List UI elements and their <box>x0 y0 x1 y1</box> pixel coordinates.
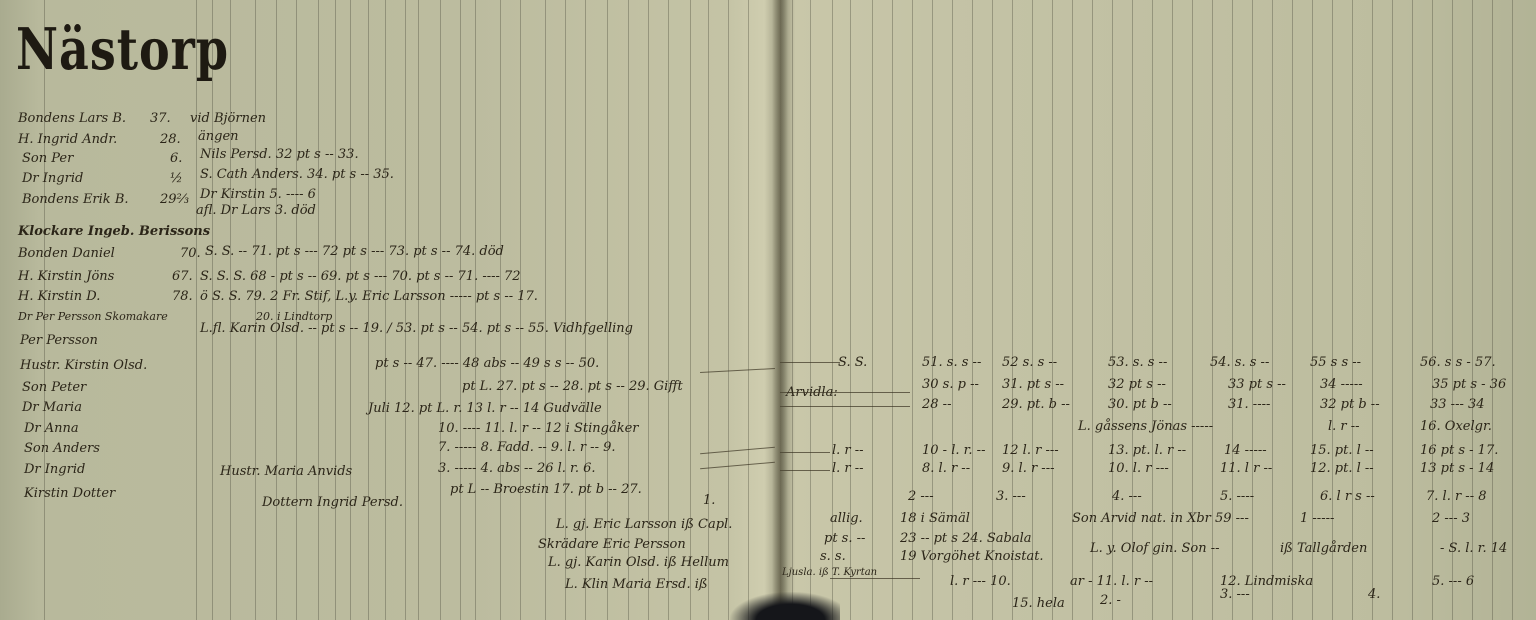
cell: 2. - <box>1100 594 1121 608</box>
cell: 31. pt s -- <box>1002 378 1064 392</box>
cell: 35 pt s - 36 <box>1432 378 1506 392</box>
cell: l. r -- <box>832 444 864 458</box>
entry-record: pt s -- 47. ---- 48 abs -- 49 s s -- 50. <box>375 357 599 371</box>
cell: 51. s. s -- <box>922 356 981 370</box>
marginal-note: L. gj. Eric Larsson iß Capl. <box>556 518 732 532</box>
cell: ar - 11. l. r -- <box>1070 575 1153 589</box>
entry-record: Juli 12. pt L. r. 13 l. r -- 14 Gudvälle <box>368 402 602 416</box>
entry-birth: 6. <box>170 152 182 166</box>
cell: l. r --- 10. <box>950 575 1011 589</box>
cell: 31. ---- <box>1228 398 1270 412</box>
entry-name: Bondens Lars B. <box>18 112 126 126</box>
cell: 12. pt. l -- <box>1310 462 1374 476</box>
cell: 3. --- <box>996 490 1026 504</box>
cell: l. r -- <box>832 462 864 476</box>
entry-note: Nils Persd. 32 pt s -- 33. <box>200 148 359 162</box>
marginal-note: Skrädare Eric Persson <box>538 538 686 552</box>
cell: Son Arvid nat. in Xbr 59 --- <box>1072 512 1249 526</box>
cell: iß Tallgården <box>1280 542 1367 556</box>
cell: 16. Oxelgr. <box>1420 420 1492 434</box>
cell: 3. --- <box>1220 588 1250 602</box>
cell: 16 pt s - 17. <box>1420 444 1498 458</box>
cell: 1 ----- <box>1300 512 1334 526</box>
cell: 33 pt s -- <box>1228 378 1286 392</box>
entry-birth: 37. <box>150 112 171 126</box>
column-rules <box>780 0 1536 620</box>
right-page: S. S. 51. s. s -- 52 s. s -- 53. s. s --… <box>780 0 1536 620</box>
cell: 29. pt. b -- <box>1002 398 1070 412</box>
entry-birth: 29⅔ <box>160 193 189 207</box>
entry-name: H. Kirstin Jöns <box>18 270 114 284</box>
cell: 12 l. r --- <box>1002 444 1059 458</box>
marginal-note: L. gj. Karin Olsd. iß Hellum <box>548 556 729 570</box>
entry-record: 3. ----- 4. abs -- 26 l. r. 6. <box>438 462 596 476</box>
cell: 53. s. s -- <box>1108 356 1167 370</box>
entry-birth: ½ <box>170 172 183 186</box>
cell: L. y. Olof gin. Son -- <box>1090 542 1220 556</box>
cell: 15. pt. l -- <box>1310 444 1374 458</box>
cell: pt s. -- <box>824 532 865 546</box>
entry-name: Hustr. Kirstin Olsd. <box>20 359 147 373</box>
entry-note: vid Björnen <box>190 112 266 126</box>
cell: 54. s. s -- <box>1210 356 1269 370</box>
cell: 5. --- 6 <box>1432 575 1474 589</box>
cell: 11. l r -- <box>1220 462 1272 476</box>
cell: 8. l. r -- <box>922 462 970 476</box>
cell: 23 -- pt s 24. Sabala <box>900 532 1032 546</box>
entry-record: 10. ---- 11. l. r -- 12 i Stingåker <box>438 422 638 436</box>
cell: 55 s s -- <box>1310 356 1361 370</box>
entry-note: S. Cath Anders. 34. pt s -- 35. <box>200 168 394 182</box>
cell: - S. l. r. 14 <box>1440 542 1507 556</box>
cell: L. gåssens Jönas ----- <box>1078 420 1213 434</box>
page-title: Nästorp <box>16 15 229 83</box>
entry-birth: 78. <box>172 290 193 304</box>
marginal-note: 1. <box>703 494 715 508</box>
cell: 7. l. r -- 8 <box>1426 490 1487 504</box>
cell: 30 s. p -- <box>922 378 979 392</box>
spine-shadow <box>730 592 840 620</box>
cell: S. S. <box>838 356 867 370</box>
entry-record: pt L. 27. pt s -- 28. pt s -- 29. Gifft <box>462 380 683 394</box>
left-page: Nästorp Bondens Lars B. 37. vid Björnen … <box>0 0 780 620</box>
entry-name: Per Persson <box>20 334 98 348</box>
entry-record: L.fl. Karin Olsd. -- pt s -- 19. / 53. p… <box>200 322 633 336</box>
cell: 4. <box>1368 588 1380 602</box>
entry-record: ö S. S. 79. 2 Fr. Stif, L.y. Eric Larsso… <box>200 290 538 304</box>
cell: 19 Vorgöhet Knoistat. <box>900 550 1044 564</box>
entry-name: Bondens Erik B. <box>22 193 129 207</box>
marginal-note: Dottern Ingrid Persd. <box>262 496 403 510</box>
cell: 13 pt s - 14 <box>1420 462 1494 476</box>
entry-name: Dr Ingrid <box>22 172 83 186</box>
cell: 56. s s - 57. <box>1420 356 1496 370</box>
cell: 14 ----- <box>1224 444 1267 458</box>
marginal-note: Hustr. Maria Anvids <box>220 465 352 479</box>
cell: 18 i Sämäl <box>900 512 970 526</box>
entry-record: pt L -- Broestin 17. pt b -- 27. <box>450 483 642 497</box>
cell: 10. l. r --- <box>1108 462 1169 476</box>
cell: 28 -- <box>922 398 951 412</box>
cell: 15. hela <box>1012 597 1065 611</box>
cell: 4. --- <box>1112 490 1142 504</box>
entry-record: S. S. S. 68 - pt s -- 69. pt s --- 70. p… <box>200 270 521 284</box>
entry-name: Dr Ingrid <box>24 463 85 477</box>
ledger-book: Nästorp Bondens Lars B. 37. vid Björnen … <box>0 0 1536 620</box>
cell: 30. pt b -- <box>1108 398 1172 412</box>
entry-name: Son Peter <box>22 381 86 395</box>
cell: allig. <box>830 512 863 526</box>
cell: l. r -- <box>1328 420 1360 434</box>
cell: 32 pt s -- <box>1108 378 1166 392</box>
cell: 33 --- 34 <box>1430 398 1485 412</box>
cell: s. s. <box>820 550 846 564</box>
marginal-note: L. Klin Maria Ersd. iß <box>565 578 708 592</box>
cell: 34 ----- <box>1320 378 1363 392</box>
entry-note: Dr Kirstin 5. ---- 6 <box>200 188 316 202</box>
entry-record: 7. ----- 8. Fadd. -- 9. l. r -- 9. <box>438 441 616 455</box>
entry-name: Dr Anna <box>24 422 79 436</box>
cell: Arvidla: <box>786 386 838 400</box>
entry-name: Bonden Daniel <box>18 247 115 261</box>
cell: 9. l. r --- <box>1002 462 1054 476</box>
entry-note: afl. Dr Lars 3. död <box>196 204 316 218</box>
entry-name: Son Per <box>22 152 73 166</box>
cell: 5. ---- <box>1220 490 1254 504</box>
entry-note: ängen <box>198 130 239 144</box>
entry-name: H. Ingrid Andr. <box>18 133 117 147</box>
entry-name: Dr Per Persson Skomakare <box>18 310 168 324</box>
entry-name: Kirstin Dotter <box>24 487 115 501</box>
entry-name: Dr Maria <box>22 401 82 415</box>
entry-birth: 70. <box>180 247 201 261</box>
entry-name: H. Kirstin D. <box>18 290 100 304</box>
cell: 32 pt b -- <box>1320 398 1380 412</box>
cell: 52 s. s -- <box>1002 356 1057 370</box>
cell: 2 --- <box>908 490 934 504</box>
cell: 13. pt. l. r -- <box>1108 444 1186 458</box>
entry-birth: 67. <box>172 270 193 284</box>
book-gutter <box>772 0 788 620</box>
entry-record: S. S. -- 71. pt s --- 72 pt s --- 73. pt… <box>205 245 504 259</box>
entry-birth: 28. <box>160 133 181 147</box>
household-header: Klockare Ingeb. Berissons <box>18 225 210 239</box>
cell: 10 - l. r. -- <box>922 444 985 458</box>
entry-name: Son Anders <box>24 442 100 456</box>
cell: 2 --- 3 <box>1432 512 1470 526</box>
cell: 6. l r s -- <box>1320 490 1375 504</box>
